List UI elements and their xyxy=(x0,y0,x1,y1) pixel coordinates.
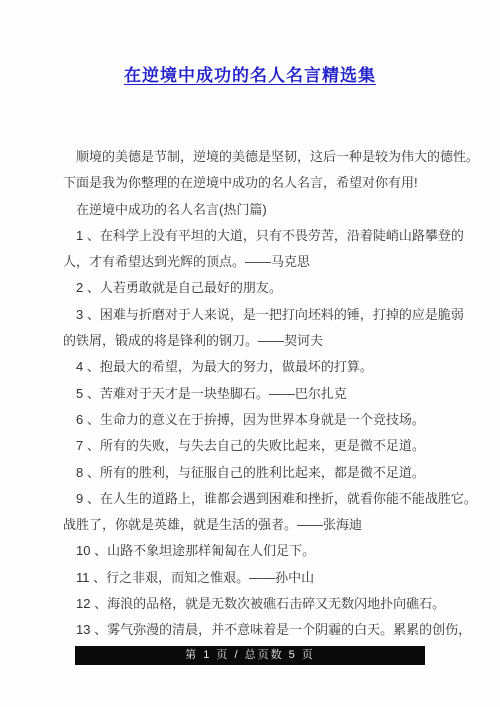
doc-line: 的铁屑，锻成的将是锋利的钢刀。——契诃夫 xyxy=(63,328,441,354)
doc-line: 12 、海浪的品格，就是无数次被礁石击碎又无数闪地扑向礁石。 xyxy=(63,591,441,617)
doc-line: 5 、苦难对于天才是一块垫脚石。——巴尔扎克 xyxy=(63,381,441,407)
document-title: 在逆境中成功的名人名言精选集 xyxy=(0,61,500,86)
doc-line: 3 、困难与折磨对于人来说，是一把打向坯料的锤，打掉的应是脆弱 xyxy=(63,302,441,328)
doc-line: 8 、所有的胜利，与征服自己的胜利比起来，都是微不足道。 xyxy=(63,460,441,486)
doc-line: 9 、在人生的道路上，谁都会遇到困难和挫折，就看你能不能战胜它。 xyxy=(63,486,441,512)
doc-line: 顺境的美德是节制，逆境的美德是坚韧，这后一种是较为伟大的德性。 xyxy=(63,144,441,170)
doc-line: 7 、所有的失败，与失去自己的失败比起来，更是微不足道。 xyxy=(63,433,441,459)
page-number-indicator: 第 1 页 / 总页数 5 页 xyxy=(75,646,425,665)
doc-line: 2 、人若勇敢就是自己最好的朋友。 xyxy=(63,275,441,301)
doc-line: 11 、行之非艰，而知之惟艰。——孙中山 xyxy=(63,565,441,591)
page-footer-bar: 第 1 页 / 总页数 5 页 xyxy=(75,646,425,665)
doc-line: 13 、雾气弥漫的清晨，并不意味着是一个阴霾的白天。累累的创伤， xyxy=(63,617,441,643)
doc-line: 10 、山路不象坦途那样匍匐在人们足下。 xyxy=(63,538,441,564)
document-body: 顺境的美德是节制，逆境的美德是坚韧，这后一种是较为伟大的德性。 下面是我为你整理… xyxy=(63,144,441,644)
doc-line: 6 、生命力的意义在于拚搏，因为世界本身就是一个竞技场。 xyxy=(63,407,441,433)
document-page: 在逆境中成功的名人名言精选集 顺境的美德是节制，逆境的美德是坚韧，这后一种是较为… xyxy=(0,0,500,707)
doc-line: 4 、抱最大的希望，为最大的努力，做最坏的打算。 xyxy=(63,354,441,380)
doc-line: 战胜了，你就是英雄，就是生活的强者。——张海迪 xyxy=(63,512,441,538)
doc-line: 在逆境中成功的名人名言(热门篇) xyxy=(63,197,441,223)
doc-line: 1 、在科学上没有平坦的大道，只有不畏劳苦，沿着陡峭山路攀登的 xyxy=(63,223,441,249)
doc-line: 下面是我为你整理的在逆境中成功的名人名言，希望对你有用! xyxy=(63,170,441,196)
doc-line: 人，才有希望达到光辉的顶点。——马克思 xyxy=(63,249,441,275)
